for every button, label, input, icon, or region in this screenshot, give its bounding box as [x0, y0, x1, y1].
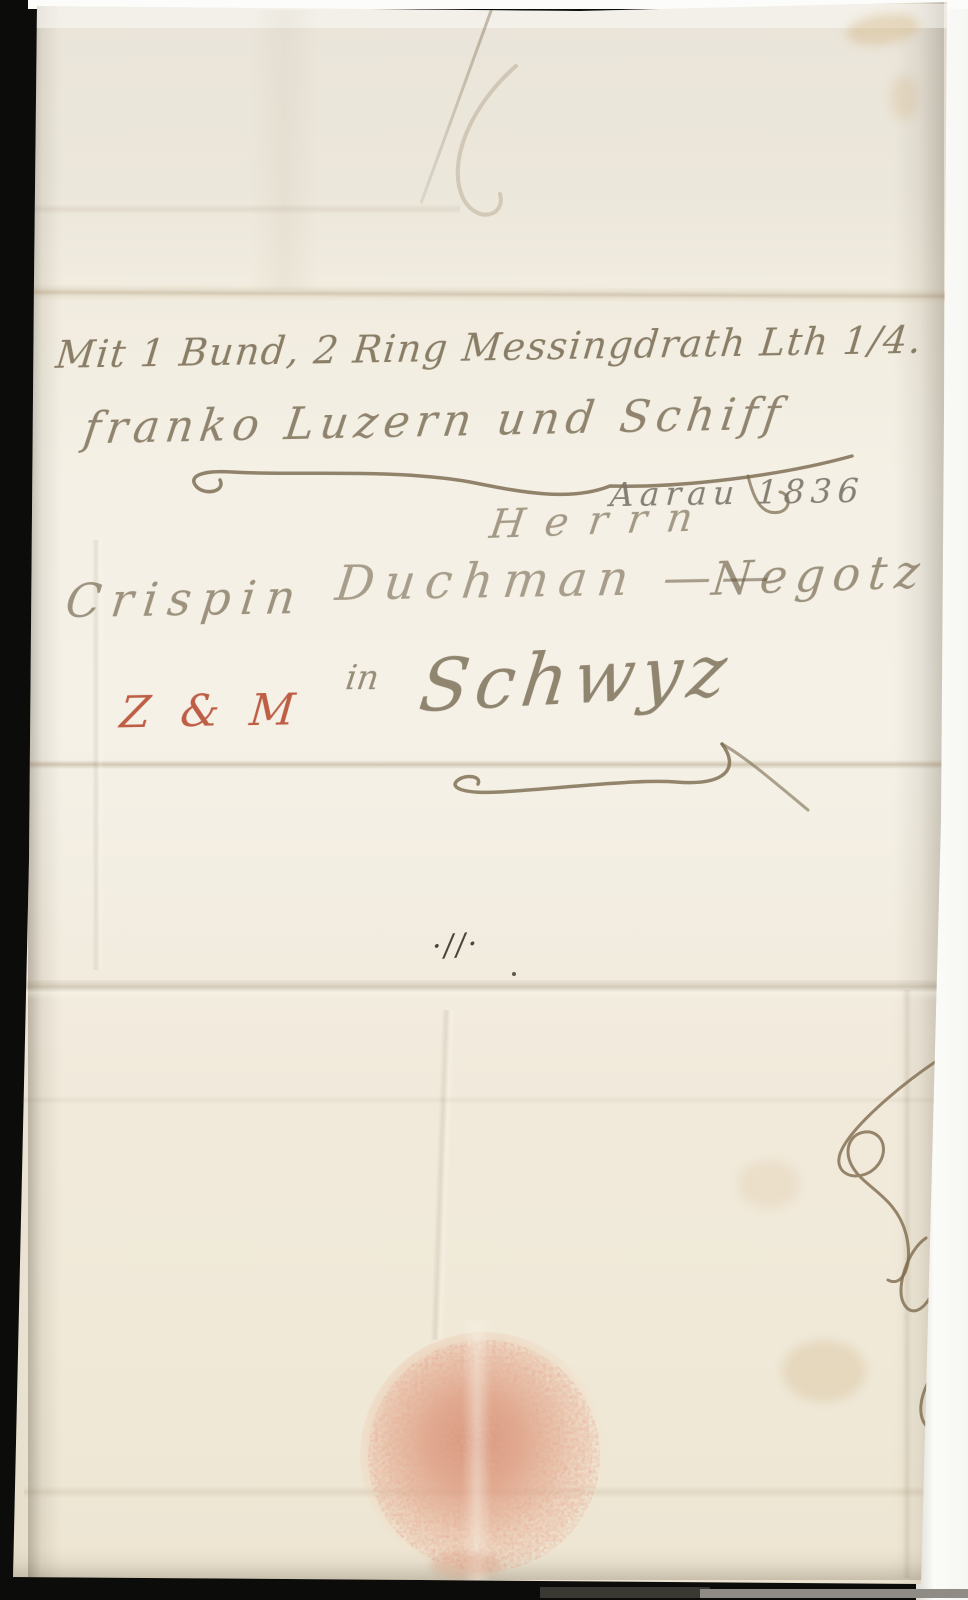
flourish-place-underline	[404, 738, 834, 818]
crease-vertical-top	[250, 10, 320, 290]
stain	[890, 76, 918, 120]
seal-smudge	[430, 1552, 500, 1578]
letter-paper: Mit 1 Bund, 2 Ring Messingdrath Lth 1/4.…	[0, 0, 968, 1600]
place-preposition: in	[343, 658, 381, 698]
scanner-backing-bottom	[700, 1589, 968, 1598]
fold-crease-top-left	[24, 204, 460, 214]
ink-dot	[512, 972, 516, 976]
notation-line-1: Mit 1 Bund, 2 Ring Messingdrath Lth 1/4.	[54, 317, 925, 376]
red-postal-marking: Z & M	[118, 684, 305, 738]
seal-crease-highlight	[462, 1320, 492, 1590]
fold-crease-upper	[24, 284, 948, 304]
scanner-backing-bottom	[540, 1587, 710, 1598]
ghost-ink-offset	[398, 36, 618, 236]
recipient-title: Herrn	[487, 494, 716, 548]
recipient-qualifier: Negotz	[709, 544, 930, 606]
fold-crease-lower	[24, 980, 948, 1000]
recipient-first-name: Crispin	[63, 570, 309, 628]
place-name: Schwyz	[415, 627, 737, 728]
crease-vertical-center	[430, 1010, 456, 1340]
paper-shading-left-edge	[28, 0, 62, 1600]
rate-mark: ·//·	[431, 926, 481, 964]
